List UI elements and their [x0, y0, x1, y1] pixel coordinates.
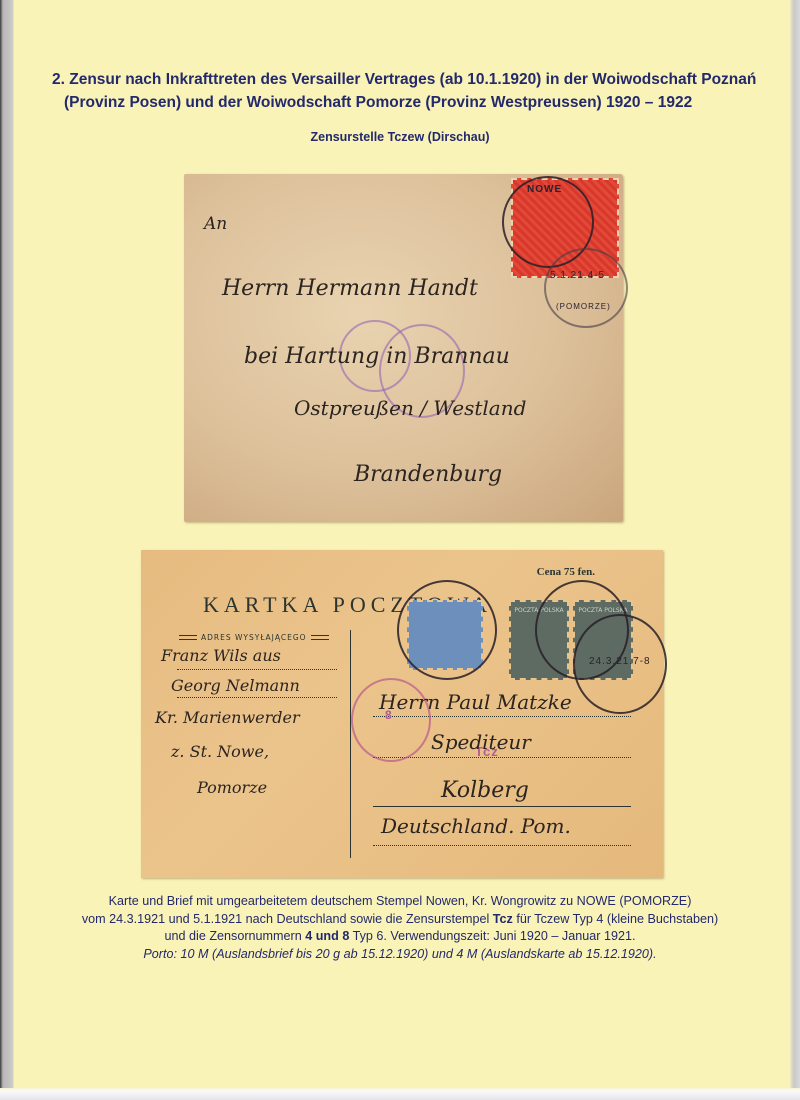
recipient-line: Herrn Paul Matzke	[379, 690, 572, 714]
sender-line: Georg Nelmann	[171, 676, 300, 695]
postcard-image: Cena 75 fen. KARTKA POCZTOWA POCZTA POLS…	[141, 550, 663, 878]
postmark-date: 24.3.21.7-8	[589, 656, 651, 667]
sender-line: Franz Wils aus	[161, 646, 281, 665]
card-price: Cena 75 fen.	[537, 566, 595, 578]
address-line: Herrn Hermann Handt	[222, 276, 478, 301]
caption-text: und die Zensornummern	[165, 929, 306, 943]
address-line: bei Hartung in Brannau	[244, 344, 510, 369]
caption-line-1: Karte und Brief mit umgearbeitetem deuts…	[0, 893, 800, 911]
caption-bold: und	[312, 929, 342, 943]
caption-line-2: vom 24.3.1921 und 5.1.1921 nach Deutschl…	[0, 911, 800, 929]
envelope-image: NOWE 5.1.21.4-5 (POMORZE) An Herrn Herma…	[184, 174, 623, 522]
dotted-line	[373, 806, 631, 807]
dotted-line	[177, 697, 337, 698]
caption-text: vom 24.3.1921 und 5.1.1921 nach Deutschl…	[82, 912, 493, 926]
page-bottom-edge	[0, 1088, 800, 1100]
dotted-line	[373, 845, 631, 846]
sender-address-label: ADRES WYSYŁAJĄCEGO	[175, 633, 333, 642]
page-subtitle: Zensurstelle Tczew (Dirschau)	[0, 130, 800, 144]
sender-line: z. St. Nowe,	[171, 742, 269, 761]
dotted-line	[177, 669, 337, 670]
address-line: Ostpreußen / Westland	[294, 396, 526, 420]
postmark-town: NOWE	[527, 184, 562, 195]
recipient-line: Spediteur	[431, 730, 531, 754]
sender-line: Pomorze	[197, 778, 267, 797]
postmark-date: 5.1.21.4-5	[550, 270, 605, 281]
caption-porto: Porto: 10 M (Auslandsbrief bis 20 g ab 1…	[0, 946, 800, 964]
caption-text: Typ 6. Verwendungszeit: Juni 1920 – Janu…	[349, 929, 635, 943]
card-divider	[350, 630, 351, 858]
title-line-1: 2. Zensur nach Inkrafttreten des Versail…	[52, 71, 756, 88]
postmark-circle-2	[544, 248, 628, 328]
recipient-line: Kolberg	[441, 778, 529, 803]
page-title: 2. Zensur nach Inkrafttreten des Versail…	[52, 68, 772, 114]
title-line-2: (Provinz Posen) und der Woiwodschaft Pom…	[52, 91, 772, 114]
postmark-circle-1	[397, 580, 497, 680]
address-line: An	[204, 214, 227, 234]
recipient-line: Deutschland. Pom.	[381, 814, 571, 838]
address-line: Brandenburg	[354, 462, 502, 487]
postmark-region: (POMORZE)	[556, 302, 611, 311]
caption-text: für Tczew Typ 4 (kleine Buchstaben)	[513, 912, 718, 926]
caption-line-3: und die Zensornummern 4 und 8 Typ 6. Ver…	[0, 928, 800, 946]
dotted-line	[373, 757, 631, 758]
caption-bold: Tcz	[493, 912, 513, 926]
exhibit-caption: Karte und Brief mit umgearbeitetem deuts…	[0, 893, 800, 963]
sender-line: Kr. Marienwerder	[155, 708, 300, 727]
